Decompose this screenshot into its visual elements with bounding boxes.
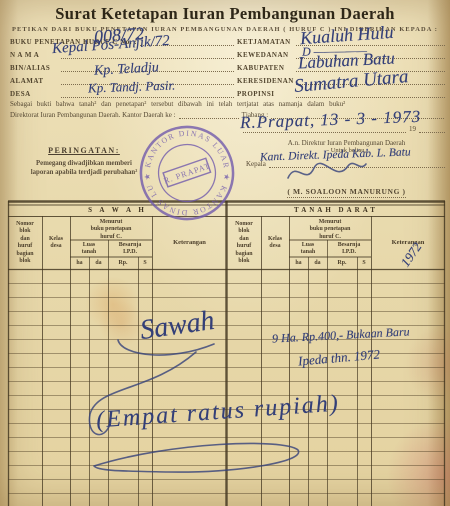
header-besarnja-ipd-darat: Besarnja I.P.D. (327, 242, 371, 257)
header-ha-sawah: ha (70, 260, 89, 267)
header-besarnja-ipd-sawah: Besarnja I.P.D. (108, 242, 152, 257)
field-label-ketjamatan: KETJAMATAN (237, 38, 293, 46)
official-an-line: A.n. Direktur Iuran Pembangunan Daerah (248, 139, 445, 147)
field-label-desa: DESA (10, 90, 58, 98)
sawah-section-title: S A W A H (8, 206, 227, 214)
header-nomor-blok-sawah: Nomor blok dan huruf bagian blok (8, 221, 42, 265)
field-label-nama: N A M A (10, 51, 58, 59)
header-menurut-darat: Menurut buku penetapan huruf C. (289, 219, 371, 241)
official-name-wrap: ( M. SOALOON MANURUNG ) (248, 181, 445, 199)
official-name: ( M. SOALOON MANURUNG ) (287, 187, 405, 198)
header-kelas-desa-darat: Kelas desa (261, 236, 289, 251)
header-kelas-desa-sawah: Kelas desa (42, 236, 70, 251)
header-s-darat: S (357, 260, 371, 267)
header-s-sawah: S (138, 260, 152, 267)
field-label-propinsi: PROPINSI (237, 90, 293, 98)
header-da-sawah: da (89, 260, 108, 267)
office-stamp: ★ KANTOR DINAS LUAR ★ KANTOR DINAS LUAR … (128, 114, 247, 233)
header-luas-tanah-darat: Luas tanah (289, 242, 327, 257)
page-title: Surat Ketetapan Iuran Pembangunan Daerah (0, 4, 450, 24)
handwritten-darat-note1: 9 Ha. Rp.400,- Bukaan Baru (272, 325, 410, 344)
field-label-alamat: ALAMAT (10, 77, 58, 85)
document-sheet: Surat Ketetapan Iuran Pembangunan Daerah… (0, 0, 450, 506)
handwritten-amount-note: (Empat ratus rupiah) (95, 392, 340, 433)
handwritten-desa: Kp. Tandj. Pasir. (88, 78, 176, 94)
statement-line2: Direktorat Iuran Pembangunan Daerah. Kan… (10, 111, 176, 119)
field-label-keresidenan: KERESIDENAN (237, 77, 293, 85)
field-label-kabupaten: KABUPATEN (237, 64, 293, 72)
handwritten-darat-note2: Ipeda thn. 1972 (298, 347, 381, 367)
header-luas-tanah-sawah: Luas tanah (70, 242, 108, 257)
header-da-darat: da (308, 260, 327, 267)
tanah-darat-section-title: TANAH DARAT (227, 206, 445, 214)
header-ha-darat: ha (289, 260, 308, 267)
dotted-line (419, 123, 445, 133)
header-keterangan-sawah: Keterangan (152, 239, 227, 247)
header-rp-darat: Rp. (327, 260, 357, 267)
header-rp-sawah: Rp. (108, 260, 138, 267)
header-nomor-blok-darat: Nomor blok dan huruf bagian blok (227, 221, 261, 265)
field-label-kewedanan: KEWEDANAN (237, 51, 293, 59)
field-label-binalias: BIN/ALIAS (10, 64, 58, 72)
handwritten-sawah-note: Sawah (138, 307, 216, 345)
header-menurut-sawah: Menurut buku penetapan huruf C. (70, 219, 152, 241)
